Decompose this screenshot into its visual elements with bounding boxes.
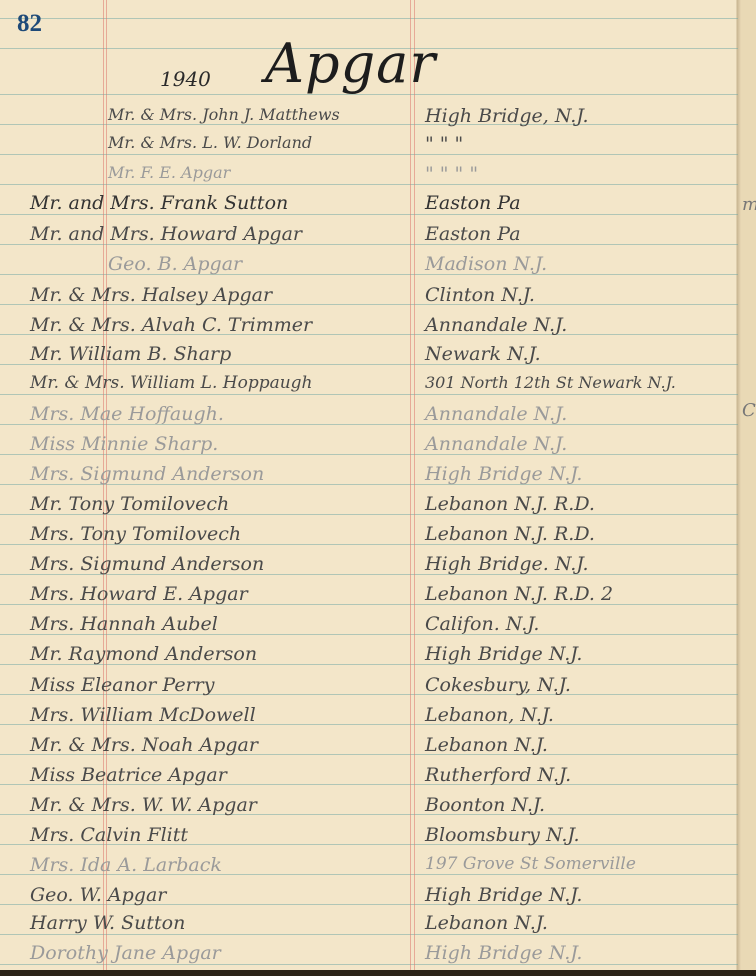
entry-row: Mrs. Calvin FlittBloomsbury N.J. [0,822,738,852]
entry-place: Lebanon N.J. R.D. [425,493,595,515]
entry-place: Bloomsbury N.J. [425,824,580,846]
entry-name: Mr. & Mrs. W. W. Apgar [30,794,257,816]
entry-row: Mrs. Sigmund AndersonHigh Bridge. N.J. [0,551,738,581]
entry-place: " " " [425,133,463,155]
entry-row: Mrs. Howard E. ApgarLebanon N.J. R.D. 2 [0,581,738,611]
entry-row: Mr. F. E. Apgar" " " " [0,161,738,191]
entry-place: Lebanon N.J. [425,912,548,934]
entry-row: Mr. William B. SharpNewark N.J. [0,341,738,371]
entry-row: Harry W. SuttonLebanon N.J. [0,910,738,940]
entry-name: Geo. B. Apgar [108,253,242,275]
entry-row: Mr. & Mrs. Halsey ApgarClinton N.J. [0,282,738,312]
entry-place: Newark N.J. [425,343,541,365]
entry-place: Clinton N.J. [425,284,535,306]
entry-name: Mr. William B. Sharp [30,343,231,365]
entry-row: Mrs. William McDowellLebanon, N.J. [0,702,738,732]
entry-name: Mrs. Sigmund Anderson [30,463,264,485]
entry-row: Mrs. Hannah AubelCalifon. N.J. [0,611,738,641]
surname-heading: Apgar [265,32,436,95]
entry-row: Mr. & Mrs. W. W. ApgarBoonton N.J. [0,792,738,822]
entry-name: Mr. and Mrs. Frank Sutton [30,192,288,214]
entry-name: Mrs. Tony Tomilovech [30,523,241,545]
entry-row: Miss Eleanor PerryCokesbury, N.J. [0,672,738,702]
entry-name: Mr. & Mrs. John J. Matthews [108,105,340,124]
entry-row: Geo. W. ApgarHigh Bridge N.J. [0,882,738,912]
entry-row: Mr. Tony TomilovechLebanon N.J. R.D. [0,491,738,521]
entry-name: Harry W. Sutton [30,912,185,934]
margin-mark: m [742,194,756,215]
entry-place: High Bridge N.J. [425,942,582,964]
entry-name: Dorothy Jane Apgar [30,942,221,964]
entry-name: Mrs. Sigmund Anderson [30,553,264,575]
page-bottom-edge [0,970,756,976]
entry-name: Mrs. Ida A. Larback [30,854,222,876]
entry-row: Miss Minnie Sharp.Annandale N.J. [0,431,738,461]
entry-place: 197 Grove St Somerville [425,854,636,874]
entry-name: Mrs. Mae Hoffaugh. [30,403,224,425]
entry-name: Mr. & Mrs. L. W. Dorland [108,133,312,152]
entry-row: Dorothy Jane ApgarHigh Bridge N.J. [0,940,738,970]
entry-name: Miss Eleanor Perry [30,674,214,696]
entry-row: Mr. & Mrs. John J. MatthewsHigh Bridge, … [0,103,738,133]
entry-place: High Bridge. N.J. [425,553,589,575]
entry-row: Mr. Raymond AndersonHigh Bridge N.J. [0,641,738,671]
entry-name: Mrs. Hannah Aubel [30,613,218,635]
entry-name: Mr. & Mrs. Noah Apgar [30,734,258,756]
entry-row: Mr. & Mrs. William L. Hoppaugh301 North … [0,371,738,401]
entry-place: Califon. N.J. [425,613,539,635]
entry-place: Rutherford N.J. [425,764,571,786]
entry-row: Mrs. Mae Hoffaugh.Annandale N.J. [0,401,738,431]
entry-place: Lebanon N.J. [425,734,548,756]
entry-place: High Bridge, N.J. [425,105,589,127]
entry-name: Mr. & Mrs. William L. Hoppaugh [30,373,313,393]
entry-place: High Bridge N.J. [425,884,582,906]
entry-name: Mr. Raymond Anderson [30,643,257,665]
entry-place: Boonton N.J. [425,794,545,816]
entry-row: Mrs. Tony TomilovechLebanon N.J. R.D. [0,521,738,551]
entry-row: Mr. & Mrs. L. W. Dorland" " " [0,131,738,161]
entry-name: Mrs. Howard E. Apgar [30,583,248,605]
entry-place: Lebanon N.J. R.D. [425,523,595,545]
entry-place: Lebanon, N.J. [425,704,554,726]
entry-row: Miss Beatrice ApgarRutherford N.J. [0,762,738,792]
entry-place: Lebanon N.J. R.D. 2 [425,583,613,605]
entry-name: Miss Beatrice Apgar [30,764,227,786]
entry-place: Annandale N.J. [425,314,567,336]
entry-row: Mrs. Sigmund AndersonHigh Bridge N.J. [0,461,738,491]
entry-place: Easton Pa [425,192,521,214]
entry-name: Mr. and Mrs. Howard Apgar [30,223,302,245]
entry-place: Annandale N.J. [425,433,567,455]
entry-row: Geo. B. ApgarMadison N.J. [0,251,738,281]
entry-name: Miss Minnie Sharp. [30,433,218,455]
entry-place: Cokesbury, N.J. [425,674,571,696]
entry-place: High Bridge N.J. [425,643,582,665]
entry-place: Annandale N.J. [425,403,567,425]
entry-place: 301 North 12th St Newark N.J. [425,373,676,392]
entry-name: Mr. Tony Tomilovech [30,493,229,515]
entry-place: High Bridge N.J. [425,463,582,485]
entry-name: Mr. F. E. Apgar [108,163,230,182]
entry-row: Mrs. Ida A. Larback197 Grove St Somervil… [0,852,738,882]
entry-name: Mrs. William McDowell [30,704,256,726]
entry-row: Mr. & Mrs. Alvah C. TrimmerAnnandale N.J… [0,312,738,342]
entry-name: Mr. & Mrs. Halsey Apgar [30,284,272,306]
entry-place: " " " " [425,163,478,185]
entry-row: Mr. & Mrs. Noah ApgarLebanon N.J. [0,732,738,762]
entry-row: Mr. and Mrs. Howard ApgarEaston Pa [0,221,738,251]
entry-name: Mrs. Calvin Flitt [30,824,188,846]
entry-name: Mr. & Mrs. Alvah C. Trimmer [30,314,312,336]
entry-place: Easton Pa [425,223,521,245]
year-label: 1940 [160,67,211,91]
margin-mark: C [742,400,756,421]
entry-place: Madison N.J. [425,253,547,275]
ledger-page: 82 1940 Apgar Mr. & Mrs. John J. Matthew… [0,0,756,976]
entry-row: Mr. and Mrs. Frank SuttonEaston Pa [0,190,738,220]
entry-name: Geo. W. Apgar [30,884,166,906]
page-number: 82 [17,10,42,38]
